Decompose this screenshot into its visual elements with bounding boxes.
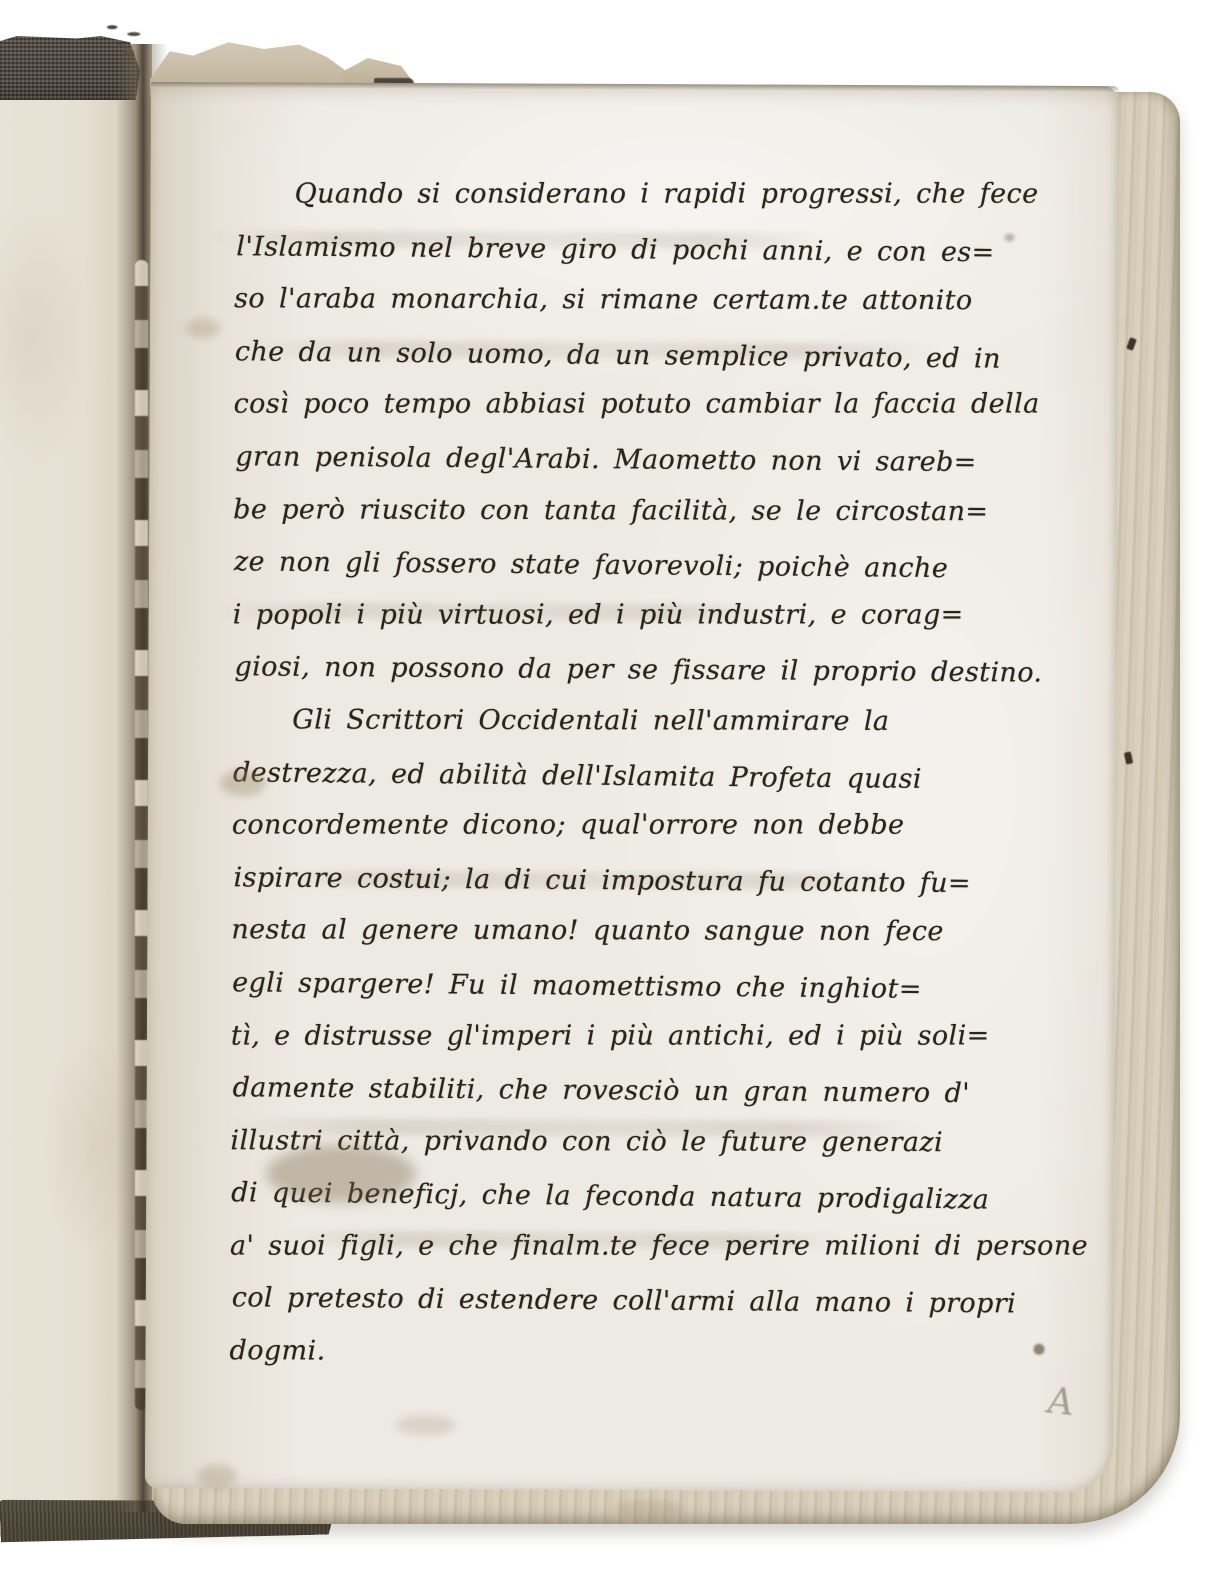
handwritten-line: giosi, non possono da per se fissare il … xyxy=(234,642,1118,702)
handwritten-line: i popoli i più virtuosi, ed i più indust… xyxy=(233,589,1117,642)
handwritten-line: damente stabiliti, che rovesciò un gran … xyxy=(232,1062,1116,1122)
handwritten-line: so l'araba monarchia, si rimane certam.t… xyxy=(234,273,1118,328)
handwritten-line: nesta al genere umano! quanto sangue non… xyxy=(231,905,1115,960)
foxing-spot xyxy=(1004,234,1014,242)
handwritten-line: be però riuscito con tanta facilità, se … xyxy=(233,484,1117,539)
handwritten-line: Quando si considerano i rapidi progressi… xyxy=(235,168,1119,221)
handwritten-line: egli spargere! Fu il maomettismo che ing… xyxy=(232,957,1116,1018)
ink-smudge xyxy=(266,1144,416,1203)
foxing-spot xyxy=(220,770,266,796)
handwritten-line: col pretesto di estendere coll'armi alla… xyxy=(232,1273,1116,1333)
handwritten-line: gran penisola degl'Arabi. Maometto non v… xyxy=(235,431,1119,491)
foxing-spot xyxy=(197,1464,237,1488)
handwritten-line: a' suoi figli, e che finalm.te fece peri… xyxy=(230,1220,1114,1273)
handwritten-line: dogmi. xyxy=(229,1325,1113,1380)
pencil-mark: A xyxy=(1043,1381,1078,1424)
handwritten-line: tì, e distrusse gl'imperi i più antichi,… xyxy=(231,1010,1115,1063)
ink-dot xyxy=(1034,1344,1045,1355)
handwritten-line: ispirare costui; la di cui impostura fu … xyxy=(233,852,1117,912)
handwritten-line: Gli Scrittori Occidentali nell'ammirare … xyxy=(232,694,1116,749)
handwritten-line: concordemente dicono; qual'orrore non de… xyxy=(232,799,1116,852)
page-top-edge xyxy=(151,82,1119,92)
foxing-spot xyxy=(186,318,220,338)
manuscript-page: Quando si considerano i rapidi progressi… xyxy=(145,82,1119,1492)
foxing-spot xyxy=(395,1415,455,1435)
handwritten-line: l'Islamismo nel breve giro di pochi anni… xyxy=(236,221,1120,281)
foxing-spot xyxy=(615,1500,685,1518)
handwritten-line: così poco tempo abbiasi potuto cambiar l… xyxy=(234,379,1118,432)
photo-backdrop: Quando si considerano i rapidi progressi… xyxy=(0,0,1232,1575)
